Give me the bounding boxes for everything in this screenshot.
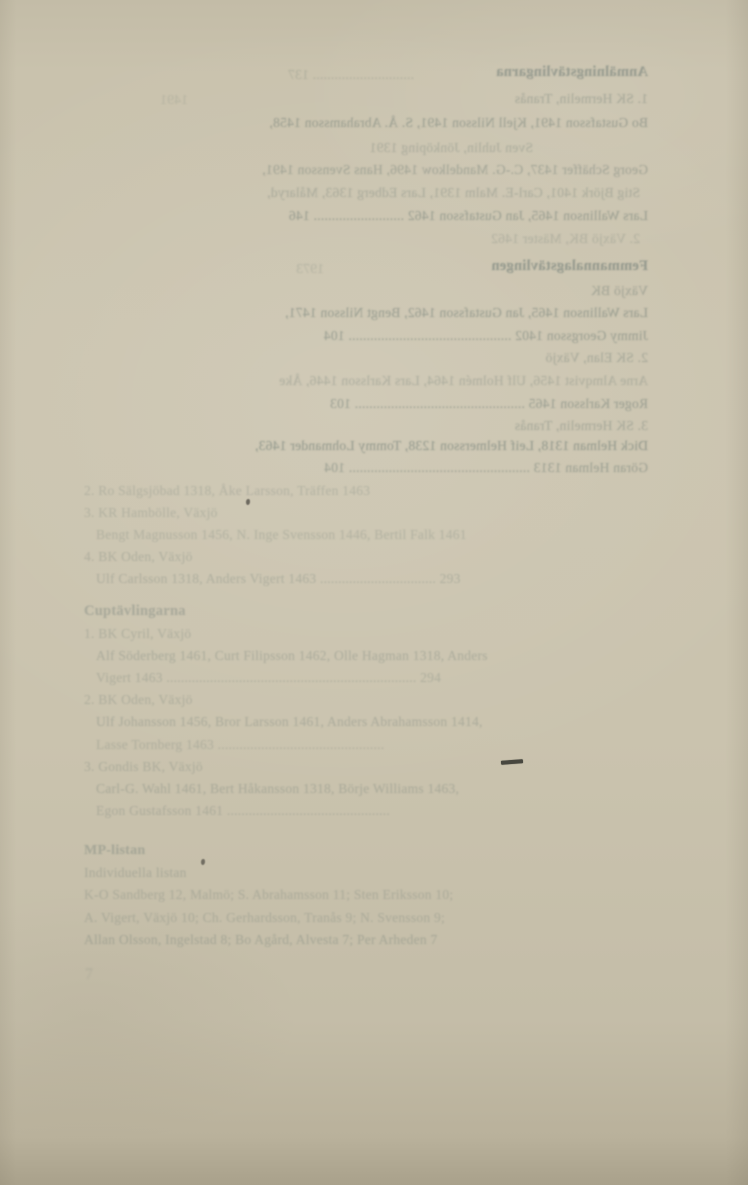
bleed-text-line: 1. BK Cyril, Växjö: [84, 626, 191, 642]
bleed-text-line: Allan Olsson, Ingelstad 8; Bo Agård, Alv…: [84, 932, 437, 948]
bleed-text-line: 3. Gondis BK, Växjö: [84, 759, 203, 775]
bleed-text-line: Vigert 1463 ............................…: [96, 670, 441, 686]
bleed-text-line: Egon Gustafsson 1461 ...................…: [96, 803, 390, 819]
bleed-text-line: Bengt Magnusson 1456, N. Inge Svensson 1…: [96, 527, 467, 543]
scanned-page: Anmälningstävlingarna...................…: [0, 0, 748, 1185]
bleed-text-line: 3. KR Hambölle, Växjö: [84, 505, 218, 521]
bleed-text-line: 2. Ro Sälgsjöbad 1318, Åke Larsson, Träf…: [84, 483, 370, 499]
bleed-text-line: Lasse Tornberg 1463 ....................…: [96, 737, 384, 753]
bleed-text-line: Ulf Carlsson 1318, Anders Vigert 1463 ..…: [96, 571, 461, 587]
bleed-text-line: MP-listan: [84, 843, 145, 859]
bleed-text-line: 2. BK Oden, Växjö: [84, 692, 193, 708]
page-number-mark: 7: [85, 966, 93, 984]
bleed-text-line: A. Vigert, Växjö 10; Ch. Gerhardsson, Tr…: [84, 910, 445, 926]
bleed-text-line: Cuptävlingarna: [84, 603, 186, 620]
bleed-text-line: Ulf Johansson 1456, Bror Larsson 1461, A…: [96, 714, 483, 730]
bleed-text-line: Carl-G. Wahl 1461, Bert Håkansson 1318, …: [96, 781, 459, 797]
bleed-text-line: 4. BK Oden, Växjö: [84, 549, 193, 565]
normal-bleedthrough-text-layer: 2. Ro Sälgsjöbad 1318, Åke Larsson, Träf…: [0, 0, 748, 1185]
bleed-text-line: K-O Sandberg 12, Malmö; S. Abrahamsson 1…: [84, 887, 453, 903]
bleed-text-line: Individuella listan: [84, 865, 187, 881]
bleed-text-line: Alf Söderberg 1461, Curt Filipsson 1462,…: [96, 648, 488, 664]
